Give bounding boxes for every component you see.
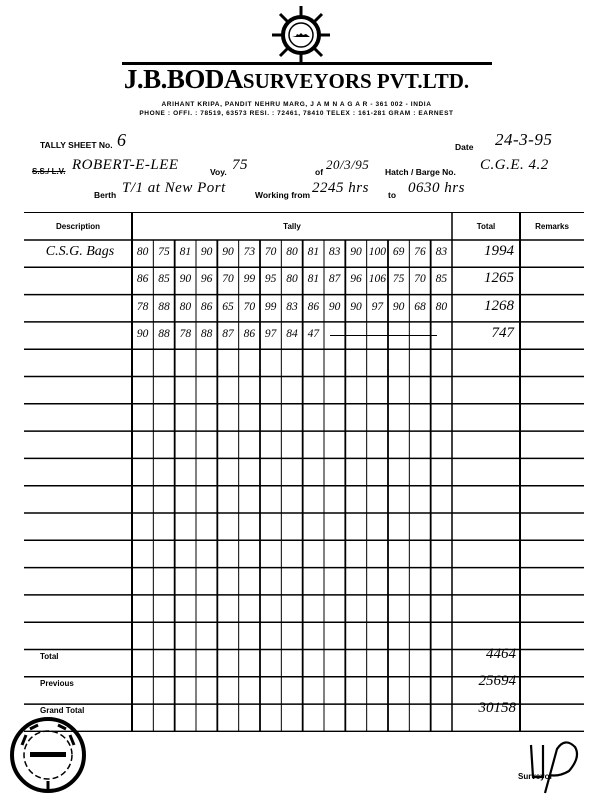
- working-from-value: 2245 hrs: [312, 180, 369, 197]
- tally-cell: 65: [217, 301, 238, 313]
- row-description: C.S.G. Bags: [26, 244, 134, 260]
- berth-value: T/1 at New Port: [122, 180, 226, 197]
- of-value: 20/3/95: [326, 157, 369, 173]
- summary-previous-value: 25694: [452, 673, 516, 690]
- tally-cell: 76: [409, 246, 430, 258]
- row-total: 747: [452, 325, 514, 342]
- hatch-label: Hatch / Barge No.: [385, 167, 456, 177]
- tally-cell: 69: [388, 246, 409, 258]
- tally-cell: 83: [324, 246, 345, 258]
- tally-cell: 81: [175, 246, 196, 258]
- tally-cell: 100: [367, 246, 388, 258]
- company-phone: PHONE : OFFI. : 78519, 63573 RESI. : 724…: [0, 110, 593, 117]
- tally-cell: 90: [132, 328, 153, 340]
- ship-wheel-icon: [270, 4, 332, 66]
- tally-cell: 96: [345, 273, 366, 285]
- tally-cell: 96: [196, 273, 217, 285]
- tally-cell: 90: [388, 301, 409, 313]
- row-total: 1268: [452, 298, 514, 315]
- tally-cell: 85: [153, 273, 174, 285]
- tally-cell: 70: [239, 301, 260, 313]
- tally-sheet-label: TALLY SHEET No.: [40, 140, 113, 150]
- tally-cell: 86: [132, 273, 153, 285]
- tally-cell: 80: [431, 301, 452, 313]
- tally-cell: 81: [303, 246, 324, 258]
- berth-label: Berth: [94, 190, 116, 200]
- to-value: 0630 hrs: [408, 180, 465, 197]
- tally-cell: 97: [260, 328, 281, 340]
- tally-cell: 70: [409, 273, 430, 285]
- summary-grand-total-value: 30158: [452, 700, 516, 717]
- signature-icon: [525, 735, 585, 795]
- tally-cell: 88: [153, 328, 174, 340]
- date-value: 24-3-95: [495, 130, 552, 150]
- tally-cell: 106: [367, 273, 388, 285]
- company-seal-icon: [8, 715, 88, 795]
- vessel-name: ROBERT-E-LEE: [72, 157, 179, 174]
- tally-cell: 97: [367, 301, 388, 313]
- date-label: Date: [455, 142, 473, 152]
- tally-cell: 75: [388, 273, 409, 285]
- tally-cell: 80: [281, 273, 302, 285]
- tally-cell: 99: [260, 301, 281, 313]
- tally-cell: 80: [132, 246, 153, 258]
- to-label: to: [388, 190, 396, 200]
- working-from-label: Working from: [255, 190, 310, 200]
- tally-cell: 70: [217, 273, 238, 285]
- tally-cell: 81: [303, 273, 324, 285]
- tally-cell: 83: [281, 301, 302, 313]
- tally-cell: 73: [239, 246, 260, 258]
- tally-cell: 70: [260, 246, 281, 258]
- tally-cell: 88: [196, 328, 217, 340]
- summary-previous-label: Previous: [40, 679, 74, 688]
- tally-cell: 90: [217, 246, 238, 258]
- voy-label: Voy.: [210, 167, 227, 177]
- header-tally: Tally: [132, 222, 452, 231]
- tally-table: Description Tally Total Remarks C.S.G. B…: [24, 212, 584, 732]
- tally-cell: 90: [196, 246, 217, 258]
- tally-cell: 86: [303, 301, 324, 313]
- tally-cell: 80: [175, 301, 196, 313]
- tally-cell: 83: [431, 246, 452, 258]
- tally-cell: 75: [153, 246, 174, 258]
- tally-cell: 47: [303, 328, 324, 340]
- tally-sheet-no: 6: [117, 130, 127, 151]
- hatch-value: C.G.E. 4.2: [480, 157, 549, 174]
- tally-cell: 99: [239, 273, 260, 285]
- tally-cell: 78: [132, 301, 153, 313]
- header-remarks: Remarks: [520, 222, 584, 231]
- header-description: Description: [24, 222, 132, 231]
- tally-cell: 68: [409, 301, 430, 313]
- surveyor-label: Surveyor: [518, 772, 553, 781]
- tally-cell: 95: [260, 273, 281, 285]
- tally-cell: 87: [324, 273, 345, 285]
- of-label: of: [315, 167, 323, 177]
- tally-cell: 90: [345, 246, 366, 258]
- header-total: Total: [452, 222, 520, 231]
- tally-cell: 87: [217, 328, 238, 340]
- tally-cell: 90: [345, 301, 366, 313]
- company-address: ARIHANT KRIPA, PANDIT NEHRU MARG, J A M …: [0, 101, 593, 108]
- tally-cell: 78: [175, 328, 196, 340]
- tally-cell: 90: [324, 301, 345, 313]
- summary-total-value: 4464: [452, 646, 516, 663]
- company-name: J.B.BODASURVEYORS PVT.LTD.: [0, 64, 593, 95]
- tally-cell: 90: [175, 273, 196, 285]
- tally-cell: 84: [281, 328, 302, 340]
- summary-total-label: Total: [40, 652, 59, 661]
- tally-end-stroke: [330, 335, 437, 337]
- summary-grand-total-label: Grand Total: [40, 706, 84, 715]
- row-total: 1265: [452, 270, 514, 287]
- tally-cell: 80: [281, 246, 302, 258]
- voy-value: 75: [232, 157, 248, 174]
- tally-cell: 88: [153, 301, 174, 313]
- tally-cell: 86: [239, 328, 260, 340]
- tally-cell: 85: [431, 273, 452, 285]
- row-total: 1994: [452, 243, 514, 260]
- vessel-prefix: S.S./ L.V.: [32, 167, 66, 176]
- tally-cell: 86: [196, 301, 217, 313]
